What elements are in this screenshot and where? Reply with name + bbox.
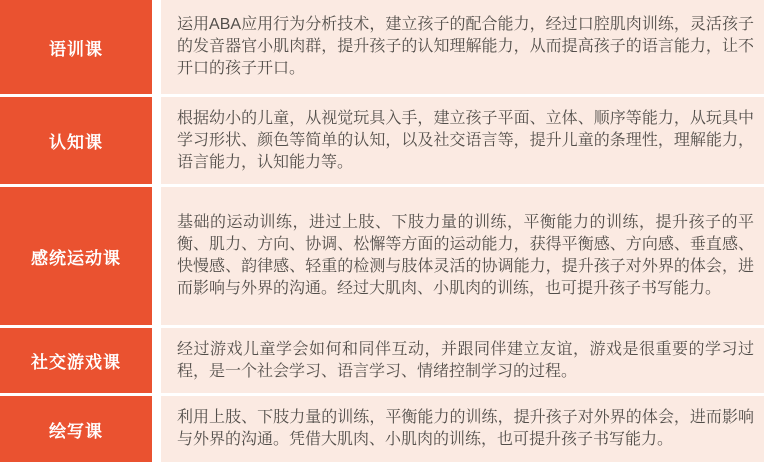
course-label: 社交游戏课 bbox=[31, 348, 121, 373]
course-label-cell: 语训课 bbox=[0, 0, 152, 94]
table-row: 语训课 运用ABA应用行为分析技术，建立孩子的配合能力，经过口腔肌肉训练，灵活孩… bbox=[0, 0, 764, 94]
course-label-cell: 绘写课 bbox=[0, 396, 152, 462]
course-label: 感统运动课 bbox=[31, 244, 121, 269]
table-row: 绘写课 利用上肢、下肢力量的训练，平衡能力的训练，提升孩子对外界的体会，进而影响… bbox=[0, 396, 764, 462]
table-row: 认知课 根据幼小的儿童，从视觉玩具入手，建立孩子平面、立体、顺序等能力，从玩具中… bbox=[0, 97, 764, 184]
course-label: 认知课 bbox=[49, 128, 103, 153]
table-row: 社交游戏课 经过游戏儿童学会如何和同伴互动，并跟同伴建立友谊，游戏是很重要的学习… bbox=[0, 328, 764, 393]
course-description-cell: 基础的运动训练，进过上肢、下肢力量的训练，平衡能力的训练，提升孩子的平衡、肌力、… bbox=[161, 187, 764, 325]
course-description-cell: 利用上肢、下肢力量的训练，平衡能力的训练，提升孩子对外界的体会，进而影响与外界的… bbox=[161, 396, 764, 462]
table-row: 感统运动课 基础的运动训练，进过上肢、下肢力量的训练，平衡能力的训练，提升孩子的… bbox=[0, 187, 764, 325]
course-description-cell: 经过游戏儿童学会如何和同伴互动，并跟同伴建立友谊，游戏是很重要的学习过程，是一个… bbox=[161, 328, 764, 393]
course-label: 绘写课 bbox=[49, 417, 103, 442]
course-description-cell: 根据幼小的儿童，从视觉玩具入手，建立孩子平面、立体、顺序等能力，从玩具中学习形状… bbox=[161, 97, 764, 184]
course-label: 语训课 bbox=[49, 35, 103, 60]
course-label-cell: 认知课 bbox=[0, 97, 152, 184]
course-description: 根据幼小的儿童，从视觉玩具入手，建立孩子平面、立体、顺序等能力，从玩具中学习形状… bbox=[177, 108, 754, 174]
course-description: 经过游戏儿童学会如何和同伴互动，并跟同伴建立友谊，游戏是很重要的学习过程，是一个… bbox=[177, 339, 754, 383]
course-label-cell: 社交游戏课 bbox=[0, 328, 152, 393]
course-table: 语训课 运用ABA应用行为分析技术，建立孩子的配合能力，经过口腔肌肉训练，灵活孩… bbox=[0, 0, 764, 471]
course-description: 基础的运动训练，进过上肢、下肢力量的训练，平衡能力的训练，提升孩子的平衡、肌力、… bbox=[177, 212, 754, 300]
course-description: 运用ABA应用行为分析技术，建立孩子的配合能力，经过口腔肌肉训练，灵活孩子的发音… bbox=[177, 14, 754, 80]
course-description: 利用上肢、下肢力量的训练，平衡能力的训练，提升孩子对外界的体会，进而影响与外界的… bbox=[177, 407, 754, 451]
course-description-cell: 运用ABA应用行为分析技术，建立孩子的配合能力，经过口腔肌肉训练，灵活孩子的发音… bbox=[161, 0, 764, 94]
course-label-cell: 感统运动课 bbox=[0, 187, 152, 325]
